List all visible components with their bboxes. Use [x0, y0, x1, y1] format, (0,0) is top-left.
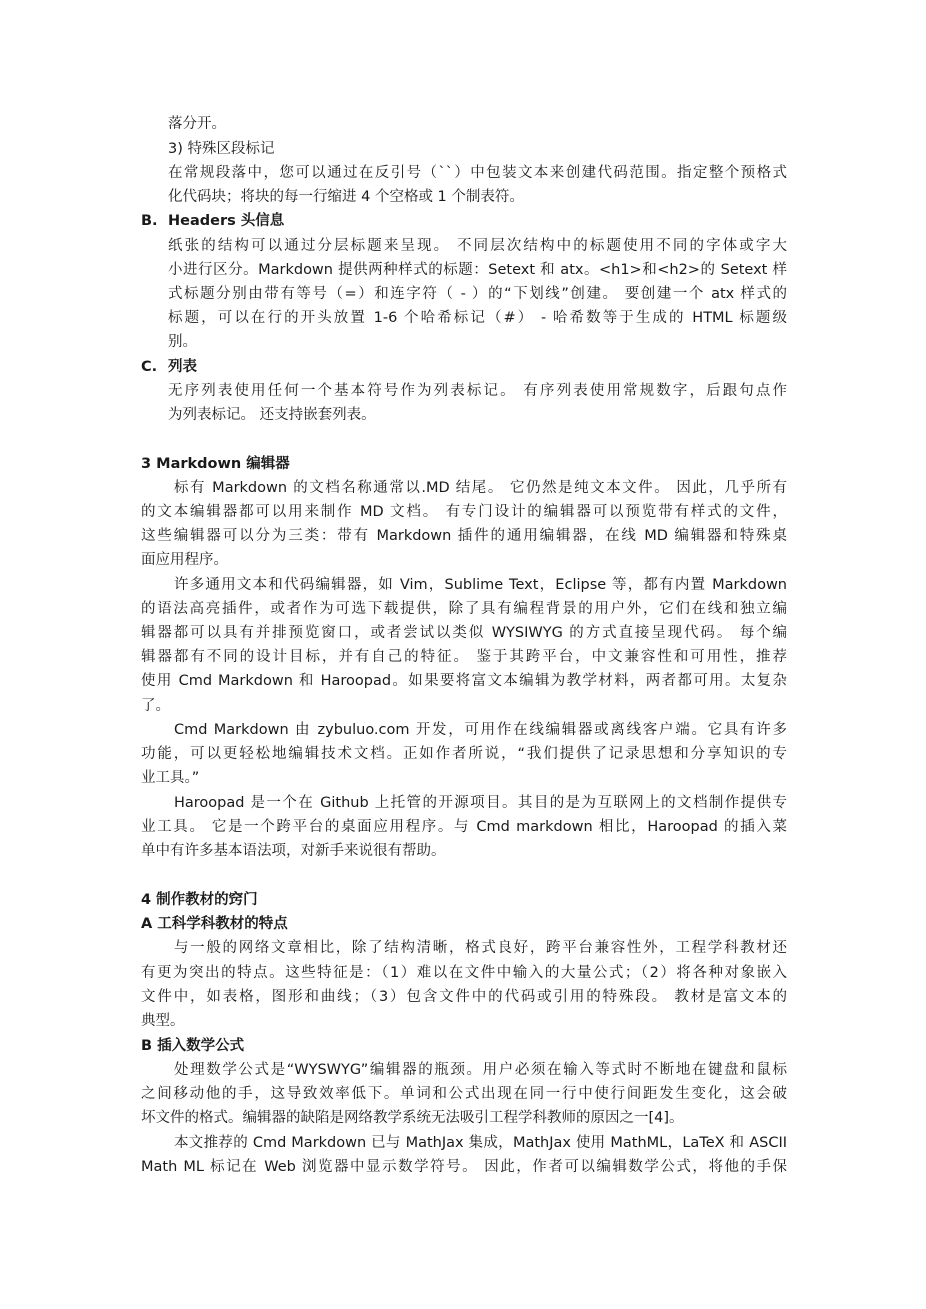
editors-paragraph-line: Cmd Markdown 由 zybuluo.com 开发，可用作在线编辑器或离…: [174, 718, 787, 742]
editors-paragraph-line: Haroopad 是一个在 Github 上托管的开源项目。其目的是为互联网上的…: [174, 791, 787, 815]
special-block-label: 3) 特殊区段标记: [168, 137, 787, 161]
editors-paragraph-line: 功能，可以更轻松地编辑技术文档。正如作者所说，“我们提供了记录思想和分享知识的专: [141, 742, 787, 766]
section-heading-headers: B.Headers 头信息: [141, 209, 284, 233]
heading-title: Headers 头信息: [168, 213, 284, 229]
tips-a-line: 文件中，如表格，图形和曲线；（3）包含文件中的代码或引用的特殊段。 教材是富文本…: [141, 985, 787, 1009]
heading-title: 列表: [168, 359, 197, 375]
editors-paragraph-line: 许多通用文本和代码编辑器，如 Vim，Sublime Text，Eclipse …: [174, 573, 787, 597]
subsection-heading-a: A 工科学科教材的特点: [141, 912, 288, 936]
section-heading-editors: 3 Markdown 编辑器: [141, 452, 290, 476]
editors-paragraph-line: 的文本编辑器都可以用来制作 MD 文档。 有专门设计的编辑器可以预览带有样式的文…: [141, 500, 787, 524]
headers-line: 别。: [168, 330, 787, 354]
editors-paragraph-line: 单中有许多基本语法项，对新手来说很有帮助。: [141, 839, 787, 863]
heading-letter: B.: [141, 209, 168, 233]
tips-a-line: 与一般的网络文章相比，除了结构清晰，格式良好，跨平台兼容性外，工程学科教材还: [174, 936, 787, 960]
document-page: 落分开。 3) 特殊区段标记 在常规段落中，您可以通过在反引号（``）中包装文本…: [0, 0, 926, 1309]
headers-line: 小进行区分。Markdown 提供两种样式的标题：Setext 和 atx。<h…: [168, 258, 787, 282]
editors-paragraph-line: 业工具。 它是一个跨平台的桌面应用程序。与 Cmd markdown 相比，Ha…: [141, 815, 787, 839]
headers-line: 式标题分别由带有等号（=）和连字符（ - ）的“下划线”创建。 要创建一个 at…: [168, 282, 787, 306]
tips-b-line: Math ML 标记在 Web 浏览器中显示数学符号。 因此，作者可以编辑数学公…: [141, 1155, 787, 1179]
editors-paragraph-line: 的语法高亮插件，或者作为可选下载提供，除了具有编程背景的用户外，它们在线和独立编: [141, 597, 787, 621]
special-block-line: 在常规段落中，您可以通过在反引号（``）中包装文本来创建代码范围。指定整个预格式: [168, 161, 787, 185]
headers-line: 纸张的结构可以通过分层标题来呈现。 不同层次结构中的标题使用不同的字体或字大: [168, 234, 787, 258]
special-block-line: 化代码块；将块的每一行缩进 4 个空格或 1 个制表符。: [168, 185, 787, 209]
editors-paragraph-line: 业工具。”: [141, 766, 787, 790]
heading-letter: C.: [141, 355, 168, 379]
subsection-heading-b: B 插入数学公式: [141, 1034, 244, 1058]
tips-b-line: 坏文件的格式。编辑器的缺陷是网络教学系统无法吸引工程学科教师的原因之一[4]。: [141, 1106, 787, 1130]
continuation-line: 落分开。: [168, 112, 787, 136]
tips-b-line: 处理数学公式是“WYSWYG”编辑器的瓶颈。用户必须在输入等式时不断地在键盘和鼠…: [174, 1058, 787, 1082]
headers-line: 标题，可以在行的开头放置 1-6 个哈希标记（#） - 哈希数等于生成的 HTM…: [168, 306, 787, 330]
tips-b-line: 本文推荐的 Cmd Markdown 已与 MathJax 集成，MathJax…: [174, 1131, 787, 1155]
tips-b-line: 之间移动他的手，这导致效率低下。单词和公式出现在同一行中使行间距发生变化，这会破: [141, 1082, 787, 1106]
lists-line: 无序列表使用任何一个基本符号作为列表标记。 有序列表使用常规数字，后跟句点作: [168, 379, 787, 403]
section-heading-lists: C.列表: [141, 355, 197, 379]
editors-paragraph-line: 这些编辑器可以分为三类：带有 Markdown 插件的通用编辑器，在线 MD 编…: [141, 524, 787, 548]
editors-paragraph-line: 辑器都可以具有并排预览窗口，或者尝试以类似 WYSIWYG 的方式直接呈现代码。…: [141, 621, 787, 645]
tips-a-line: 有更为突出的特点。这些特征是：（1）难以在文件中输入的大量公式；（2）将各种对象…: [141, 961, 787, 985]
editors-paragraph-line: 了。: [141, 694, 787, 718]
editors-paragraph-line: 标有 Markdown 的文档名称通常以.MD 结尾。 它仍然是纯文本文件。 因…: [174, 476, 787, 500]
editors-paragraph-line: 辑器都有不同的设计目标，并有自己的特征。 鉴于其跨平台，中文兼容性和可用性，推荐: [141, 645, 787, 669]
editors-paragraph-line: 使用 Cmd Markdown 和 Haroopad。如果要将富文本编辑为教学材…: [141, 669, 787, 693]
editors-paragraph-line: 面应用程序。: [141, 548, 787, 572]
section-heading-tips: 4 制作教材的窍门: [141, 888, 258, 912]
lists-line: 为列表标记。 还支持嵌套列表。: [168, 403, 787, 427]
tips-a-line: 典型。: [141, 1009, 787, 1033]
